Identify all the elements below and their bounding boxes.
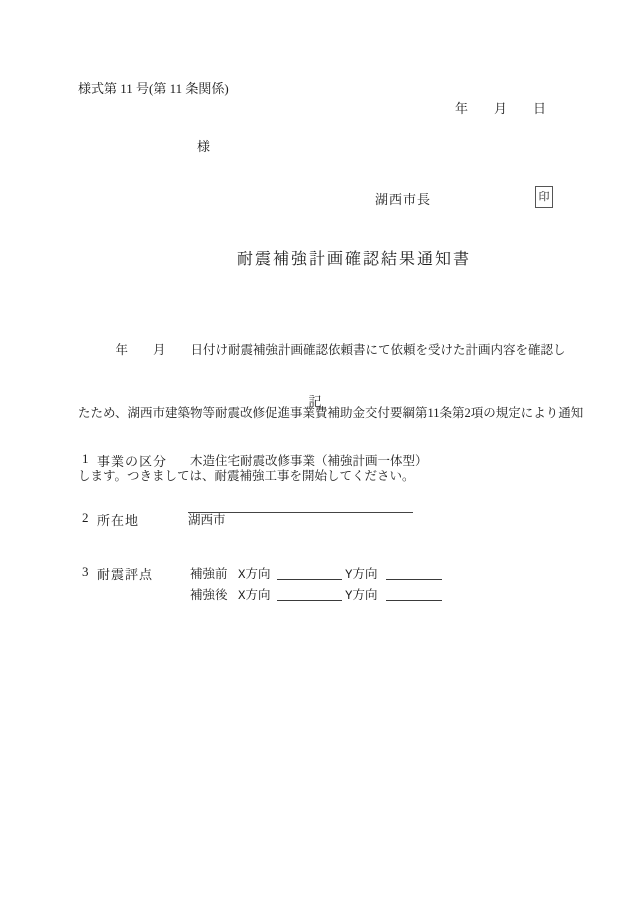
seal-stamp: 印 [535,186,553,208]
x-value-fill-line [277,564,342,580]
item-row-business-category: 1 事業の区分 木造住宅耐震改修事業（補強計画一体型） [0,451,630,471]
item-label: 所在地 [97,510,139,529]
item-number: 1 [82,451,89,467]
y-direction-label: Y方向 [345,585,378,603]
document-page: 様式第 11 号(第 11 条関係) 年 月 日 様 湖西市長 印 耐震補強計画… [0,0,630,903]
address-value: 湖西市 [188,510,226,528]
x-direction-label: X方向 [238,564,271,582]
y-value-fill-line [386,564,442,580]
x-value-fill-line [277,585,342,601]
item-value: 木造住宅耐震改修事業（補強計画一体型） [190,451,428,469]
item-row-seismic-rating: 3 耐震評点 補強前 X方向 Y方向 [0,564,630,584]
item-number: 3 [82,564,89,580]
item-row-location: 2 所在地 湖西市 [0,510,630,530]
body-line-1: 年 月 日付け耐震補強計画確認依頼書にて依頼を受けた計画内容を確認し [78,340,583,361]
stage-label-after: 補強後 [190,585,228,603]
stage-label-before: 補強前 [190,564,228,582]
y-direction-label: Y方向 [345,564,378,582]
sender-title: 湖西市長 [375,189,431,208]
date-line: 年 月 日 [455,98,546,117]
y-value-fill-line [386,585,442,601]
form-number: 様式第 11 号(第 11 条関係) [78,78,229,97]
document-title: 耐震補強計画確認結果通知書 [237,246,471,269]
list-marker-ki: 記 [0,391,630,410]
x-direction-label: X方向 [238,585,271,603]
body-paragraph: 年 月 日付け耐震補強計画確認依頼書にて依頼を受けた計画内容を確認し たため、湖… [78,298,583,529]
item-label: 事業の区分 [97,451,167,470]
address-fill-line: 湖西市 [188,510,413,513]
item-row-seismic-rating-after: 補強後 X方向 Y方向 [0,585,630,605]
recipient-honorific: 様 [197,136,210,155]
item-label: 耐震評点 [97,564,153,583]
item-number: 2 [82,510,89,526]
